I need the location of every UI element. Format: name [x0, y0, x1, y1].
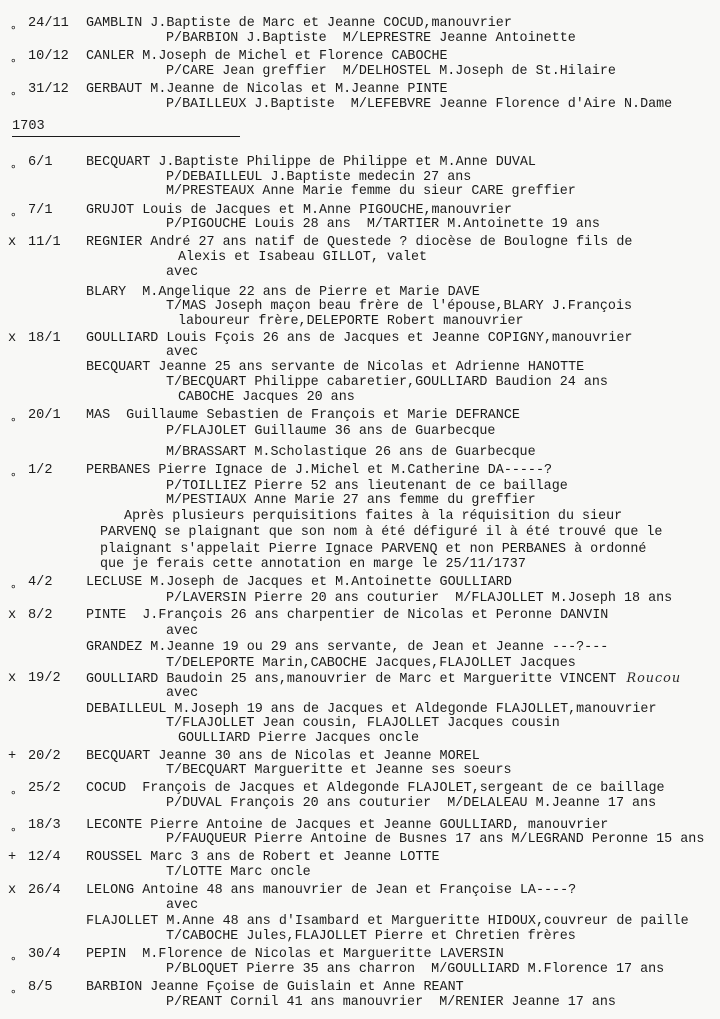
entry-main-line: PERBANES Pierre Ignace de J.Michel et M.…: [86, 463, 552, 479]
entry-detail-line: M/BRASSART M.Scholastique 26 ans de Guar…: [166, 445, 536, 461]
entry-detail-line: P/BAILLEUX J.Baptiste M/LEFEBVRE Jeanne …: [166, 97, 672, 113]
entry-main-line: GERBAUT M.Jeanne de Nicolas et M.Jeanne …: [86, 82, 448, 98]
entry-date: 24/11: [28, 16, 69, 32]
entry-main-line: COCUD François de Jacques et Aldegonde F…: [86, 781, 665, 797]
entry-detail-line: P/BARBION J.Baptiste M/LEPRESTRE Jeanne …: [166, 31, 576, 47]
marriage-marker-icon: x: [8, 883, 16, 899]
entry-detail-line: P/BLOQUET Pierre 35 ans charron M/GOULLI…: [166, 962, 664, 978]
entry-date: 8/2: [28, 608, 52, 624]
baptism-marker-icon: ∘: [10, 160, 17, 176]
baptism-marker-icon: ∘: [10, 468, 17, 484]
entry-date: 10/12: [28, 49, 69, 65]
entry-date: 18/3: [28, 818, 61, 834]
entry-date: 19/2: [28, 671, 61, 687]
entry-detail-line: avec: [166, 898, 198, 914]
baptism-marker-icon: ∘: [10, 823, 17, 839]
year-heading-underline: [12, 136, 240, 137]
baptism-marker-icon: ∘: [10, 952, 17, 968]
entry-detail-line: T/BECQUART Philippe cabaretier,GOULLIARD…: [166, 375, 608, 391]
entry-main-line: GAMBLIN J.Baptiste de Marc et Jeanne COC…: [86, 16, 512, 32]
entry-detail-line: T/BECQUART Margueritte et Jeanne ses soe…: [166, 763, 512, 779]
entry-detail-line: GOULLIARD Pierre Jacques oncle: [178, 731, 419, 747]
entry-detail-line: laboureur frère,DELEPORTE Robert manouvr…: [178, 314, 524, 330]
entry-annotation-line: plaignant s'appelait Pierre Ignace PARVE…: [100, 542, 646, 558]
entry-main-line: CANLER M.Joseph de Michel et Florence CA…: [86, 49, 448, 65]
entry-main-line: BARBION Jeanne Fçoise de Guislain et Ann…: [86, 980, 464, 996]
entry-detail-line: T/LOTTE Marc oncle: [166, 865, 311, 881]
entry-detail-line: T/CABOCHE Jules,FLAJOLLET Pierre et Chre…: [166, 929, 576, 945]
entry-detail-line: T/MAS Joseph maçon beau frère de l'épous…: [166, 299, 632, 315]
entry-date: 6/1: [28, 155, 52, 171]
year-heading: 1703: [12, 119, 45, 135]
entry-main-line: GOULLIARD Baudoin 25 ans,manouvrier de M…: [86, 671, 681, 687]
entry-date: 12/4: [28, 850, 61, 866]
entry-detail-line: avec: [166, 265, 198, 281]
entry-detail-line: avec: [166, 624, 198, 640]
baptism-marker-icon: ∘: [10, 413, 17, 429]
entry-detail-line: FLAJOLLET M.Anne 48 ans d'Isambard et Ma…: [86, 914, 689, 930]
marriage-marker-icon: x: [8, 608, 16, 624]
baptism-marker-icon: ∘: [10, 87, 17, 103]
entry-main-line: ROUSSEL Marc 3 ans de Robert et Jeanne L…: [86, 850, 440, 866]
entry-detail-line: P/PIGOUCHE Louis 28 ans M/TARTIER M.Anto…: [166, 217, 600, 233]
entry-detail-line: CABOCHE Jacques 20 ans: [178, 390, 355, 406]
entry-main-line: MAS Guillaume Sebastien de François et M…: [86, 408, 520, 424]
entry-detail-line: P/LAVERSIN Pierre 20 ans couturier M/FLA…: [166, 591, 672, 607]
entry-date: 11/1: [28, 235, 61, 251]
entry-detail-line: M/PESTIAUX Anne Marie 27 ans femme du gr…: [166, 493, 536, 509]
baptism-marker-icon: ∘: [10, 985, 17, 1001]
entry-detail-line: P/CARE Jean greffier M/DELHOSTEL M.Josep…: [166, 64, 616, 80]
entry-detail-line: T/DELEPORTE Marin,CABOCHE Jacques,FLAJOL…: [166, 656, 576, 672]
entry-detail-line: BECQUART Jeanne 25 ans servante de Nicol…: [86, 360, 584, 376]
baptism-marker-icon: ∘: [10, 786, 17, 802]
entry-main-line: BECQUART J.Baptiste Philippe de Philippe…: [86, 155, 536, 171]
marriage-marker-icon: x: [8, 671, 16, 687]
entry-date: 1/2: [28, 463, 52, 479]
entry-detail-line: avec: [166, 686, 198, 702]
entry-date: 26/4: [28, 883, 61, 899]
register-page: ∘24/11GAMBLIN J.Baptiste de Marc et Jean…: [0, 0, 720, 1019]
entry-date: 20/2: [28, 749, 61, 765]
entry-date: 30/4: [28, 947, 61, 963]
entry-date: 8/5: [28, 980, 52, 996]
entry-main-line: LELONG Antoine 48 ans manouvrier de Jean…: [86, 883, 576, 899]
baptism-marker-icon: ∘: [10, 580, 17, 596]
entry-detail-line: P/FAUQUEUR Pierre Antoine de Busnes 17 a…: [166, 832, 704, 848]
entry-detail-line: T/FLAJOLLET Jean cousin, FLAJOLLET Jacqu…: [166, 716, 560, 732]
entry-detail-line: Alexis et Isabeau GILLOT, valet: [178, 250, 427, 266]
entry-detail-line: P/REANT Cornil 41 ans manouvrier M/RENIE…: [166, 995, 616, 1011]
marriage-marker-icon: x: [8, 235, 16, 251]
entry-annotation-line: PARVENQ se plaignant que son nom à été d…: [100, 525, 662, 541]
entry-date: 31/12: [28, 82, 69, 98]
entry-annotation-line: Après plusieurs perquisitions faites à l…: [116, 509, 622, 525]
marriage-marker-icon: x: [8, 331, 16, 347]
baptism-marker-icon: ∘: [10, 208, 17, 224]
entry-main-line: REGNIER André 27 ans natif de Questede ?…: [86, 235, 632, 251]
entry-annotation-line: que je ferais cette annotation en marge …: [100, 557, 526, 573]
burial-marker-icon: +: [8, 749, 16, 765]
baptism-marker-icon: ∘: [10, 54, 17, 70]
baptism-marker-icon: ∘: [10, 21, 17, 37]
burial-marker-icon: +: [8, 850, 16, 866]
entry-date: 4/2: [28, 575, 52, 591]
entry-main-line: LECLUSE M.Joseph de Jacques et M.Antoine…: [86, 575, 512, 591]
entry-date: 18/1: [28, 331, 61, 347]
entry-detail-line: GRANDEZ M.Jeanne 19 ou 29 ans servante, …: [86, 640, 608, 656]
entry-detail-line: M/PRESTEAUX Anne Marie femme du sieur CA…: [166, 184, 576, 200]
entry-detail-line: P/FLAJOLET Guillaume 36 ans de Guarbecqu…: [166, 424, 495, 440]
entry-detail-line: P/DUVAL François 20 ans couturier M/DELA…: [166, 796, 656, 812]
entry-date: 20/1: [28, 408, 61, 424]
entry-date: 25/2: [28, 781, 61, 797]
entry-detail-line: avec: [166, 345, 198, 361]
entry-main-line: PEPIN M.Florence de Nicolas et Marguerit…: [86, 947, 504, 963]
entry-main-line: PINTE J.François 26 ans charpentier de N…: [86, 608, 608, 624]
handwritten-note: Roucou: [616, 671, 681, 686]
entry-date: 7/1: [28, 203, 52, 219]
